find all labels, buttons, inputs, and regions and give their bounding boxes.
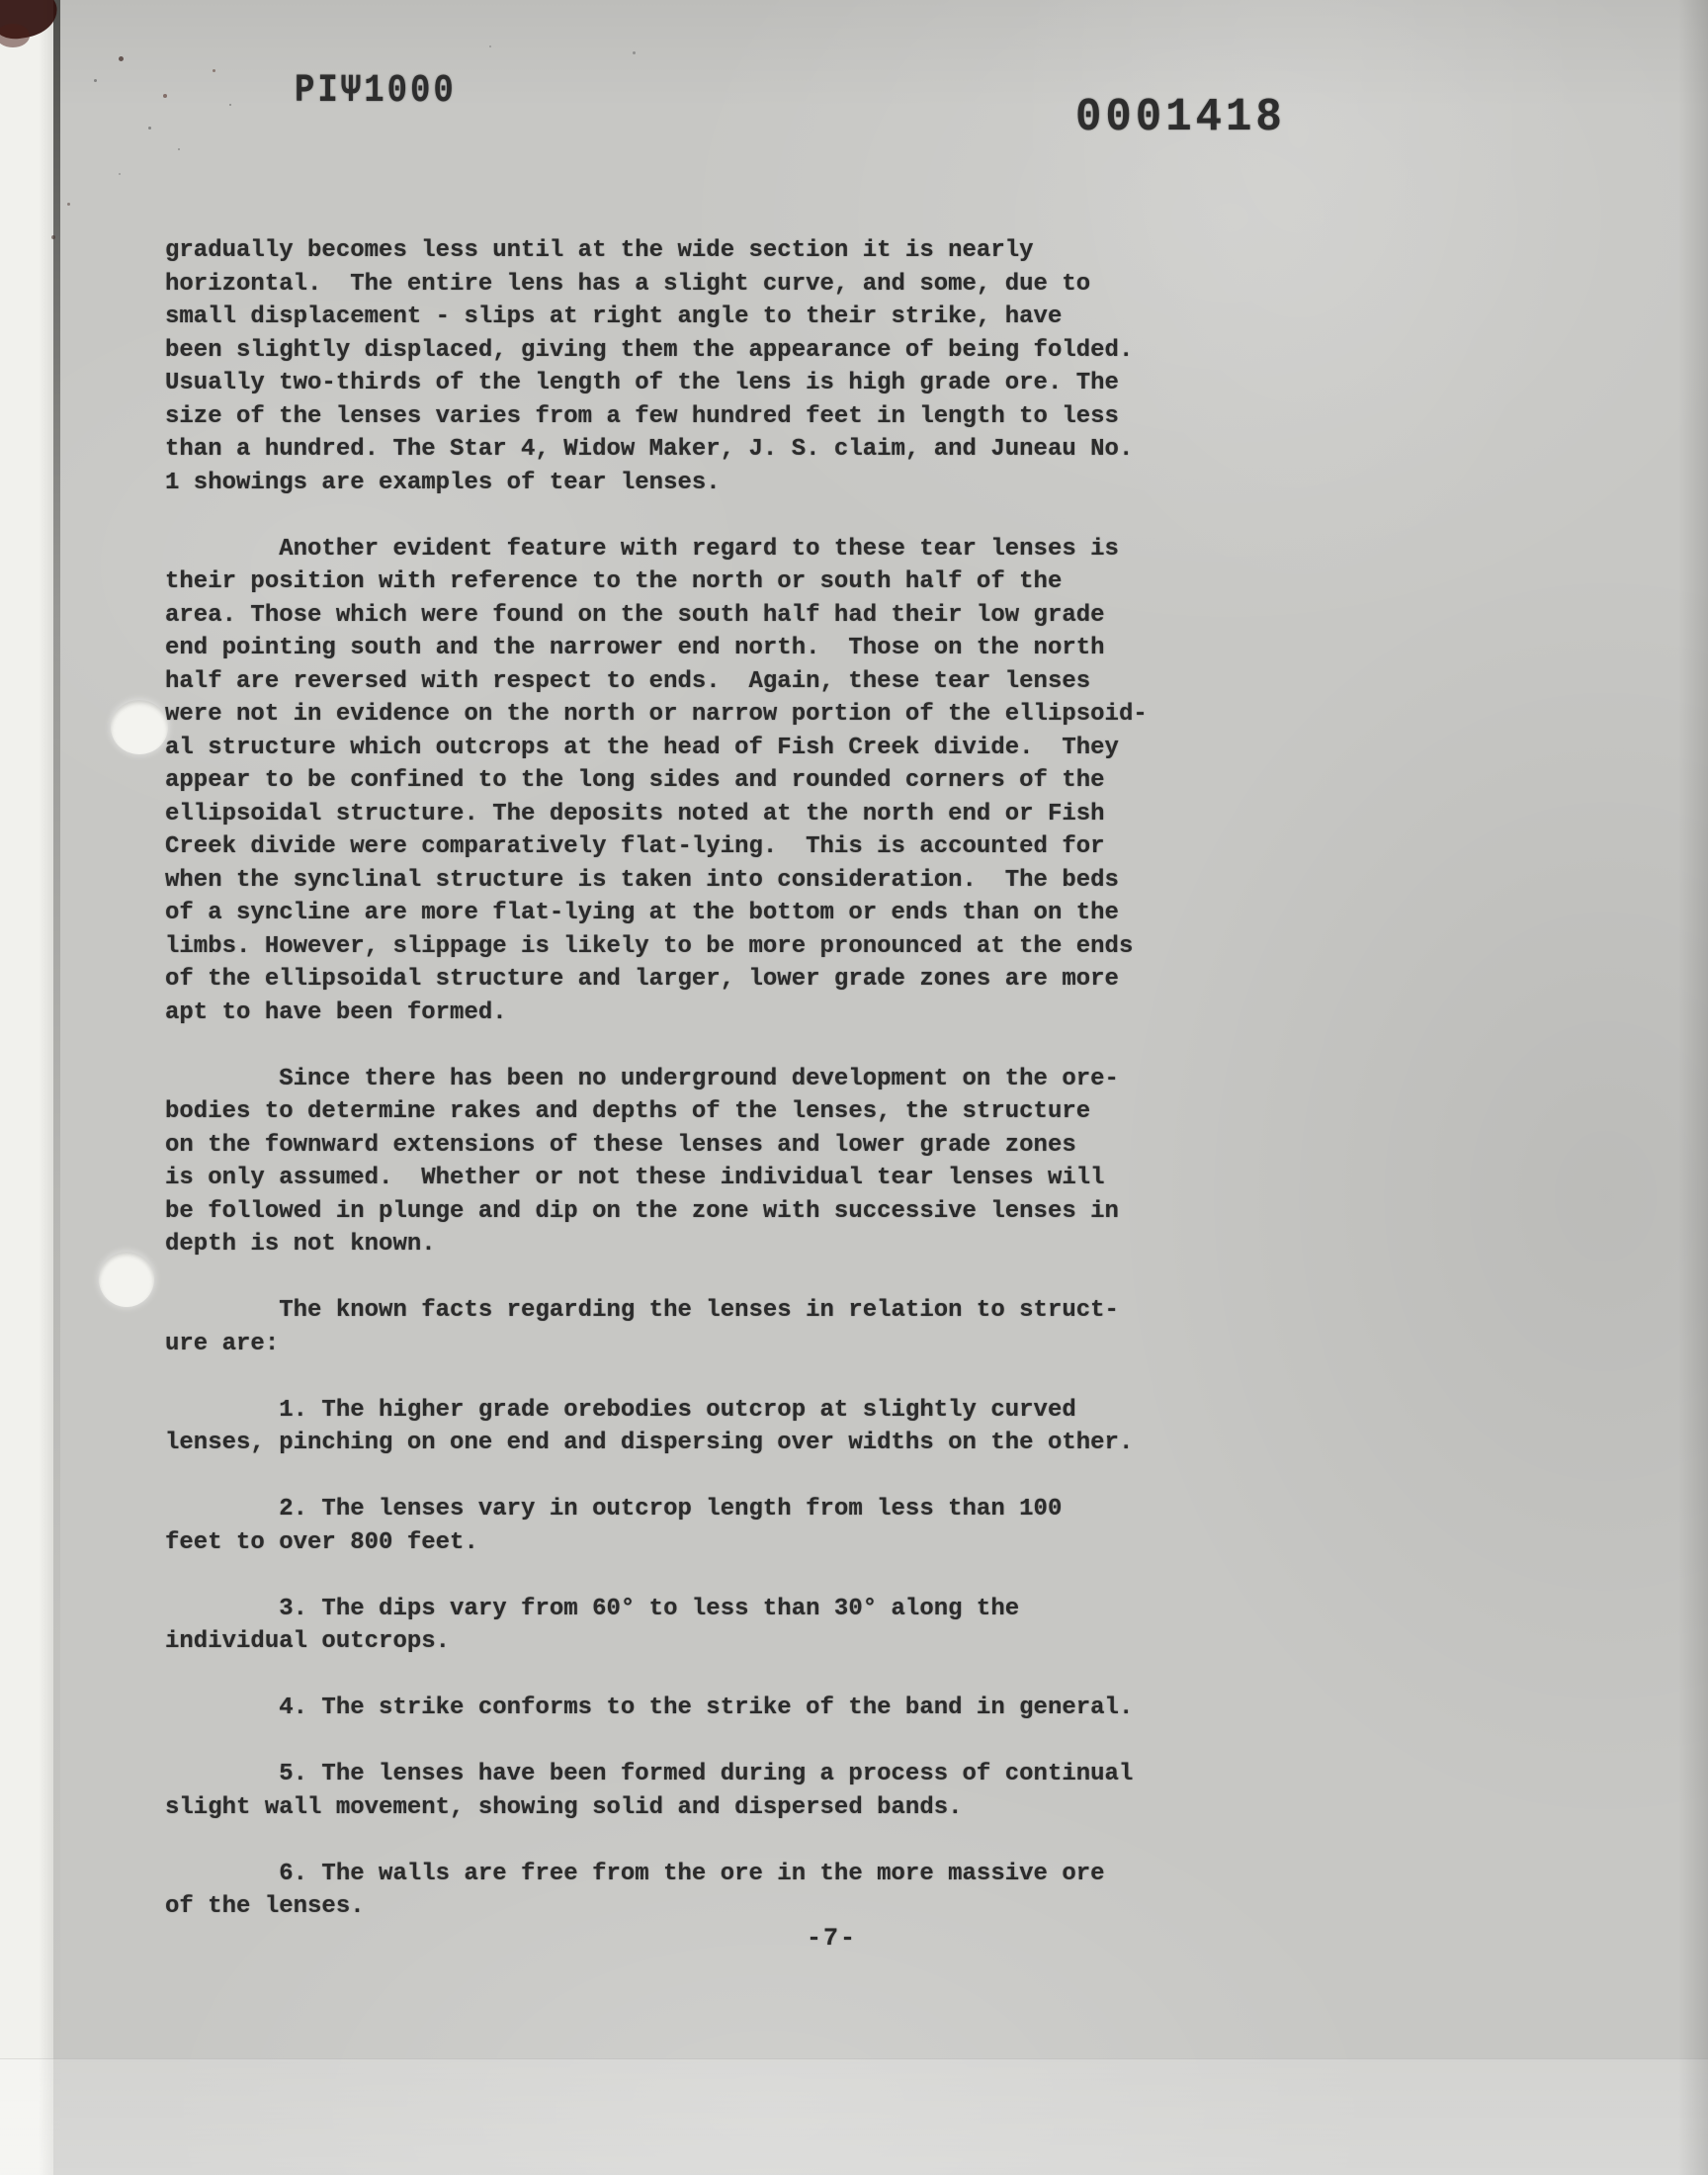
ink-speck [178,148,180,150]
numbered-fact-5: 5. The lenses have been formed during a … [165,1758,1198,1824]
scanned-document-page: PIΨ1000 0001418 gradually becomes less u… [0,0,1708,2175]
numbered-fact-3: 3. The dips vary from 60° to less than 3… [165,1593,1198,1659]
ink-speck [148,127,151,130]
ink-speck [163,94,167,98]
body-paragraph: Another evident feature with regard to t… [165,533,1198,1030]
scanner-background-strip [0,0,53,2175]
typewritten-text-column: gradually becomes less until at the wide… [165,234,1198,1924]
page-number: -7- [807,1924,857,1953]
ink-speck [119,56,124,61]
paper-bottom-edge [0,2058,1708,2175]
document-id-stamp-left: PIΨ1000 [295,69,457,114]
ink-speck [633,51,636,54]
paper-edge-shadow [53,0,60,2175]
ink-speck [94,79,97,82]
numbered-fact-2: 2. The lenses vary in outcrop length fro… [165,1493,1198,1559]
numbered-fact-6: 6. The walls are free from the ore in th… [165,1858,1198,1924]
body-paragraph: The known facts regarding the lenses in … [165,1294,1198,1360]
ink-speck [51,235,55,239]
ink-speck [229,104,231,106]
ink-speck [213,69,215,72]
document-id-stamp-right: 0001418 [1075,91,1286,144]
paper-right-edge-shading [1678,0,1708,2175]
hole-punch [99,1252,154,1307]
body-paragraph: gradually becomes less until at the wide… [165,234,1198,499]
numbered-fact-1: 1. The higher grade orebodies outcrop at… [165,1394,1198,1460]
ink-speck [67,203,70,206]
body-paragraph: Since there has been no underground deve… [165,1063,1198,1261]
ink-speck [119,173,121,175]
ink-speck [489,45,491,47]
hole-punch [111,700,168,754]
numbered-fact-4: 4. The strike conforms to the strike of … [165,1692,1198,1725]
